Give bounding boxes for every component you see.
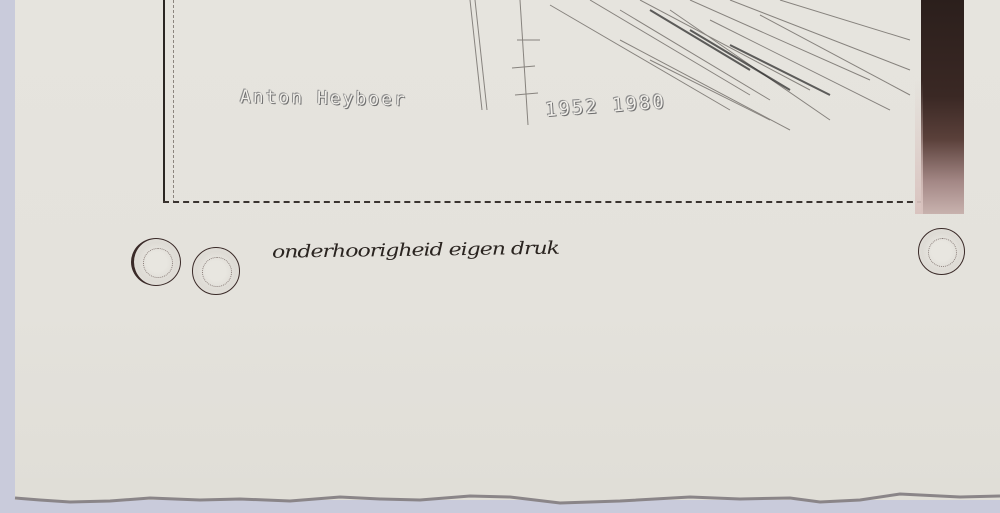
- stamp-3: [918, 228, 965, 275]
- plate-border-left: [163, 0, 174, 203]
- stamp-1: [131, 238, 181, 286]
- artist-name-inscription: Anton Heyboer: [240, 87, 407, 111]
- stamp-2: [192, 247, 240, 295]
- plate-border-bottom: [163, 201, 923, 203]
- pink-tint-edge: [915, 80, 923, 214]
- torn-paper-edge: [0, 478, 1000, 513]
- handwritten-margin-note: onderhoorigheid eigen druk: [272, 238, 559, 262]
- dark-ink-strip: [921, 0, 964, 214]
